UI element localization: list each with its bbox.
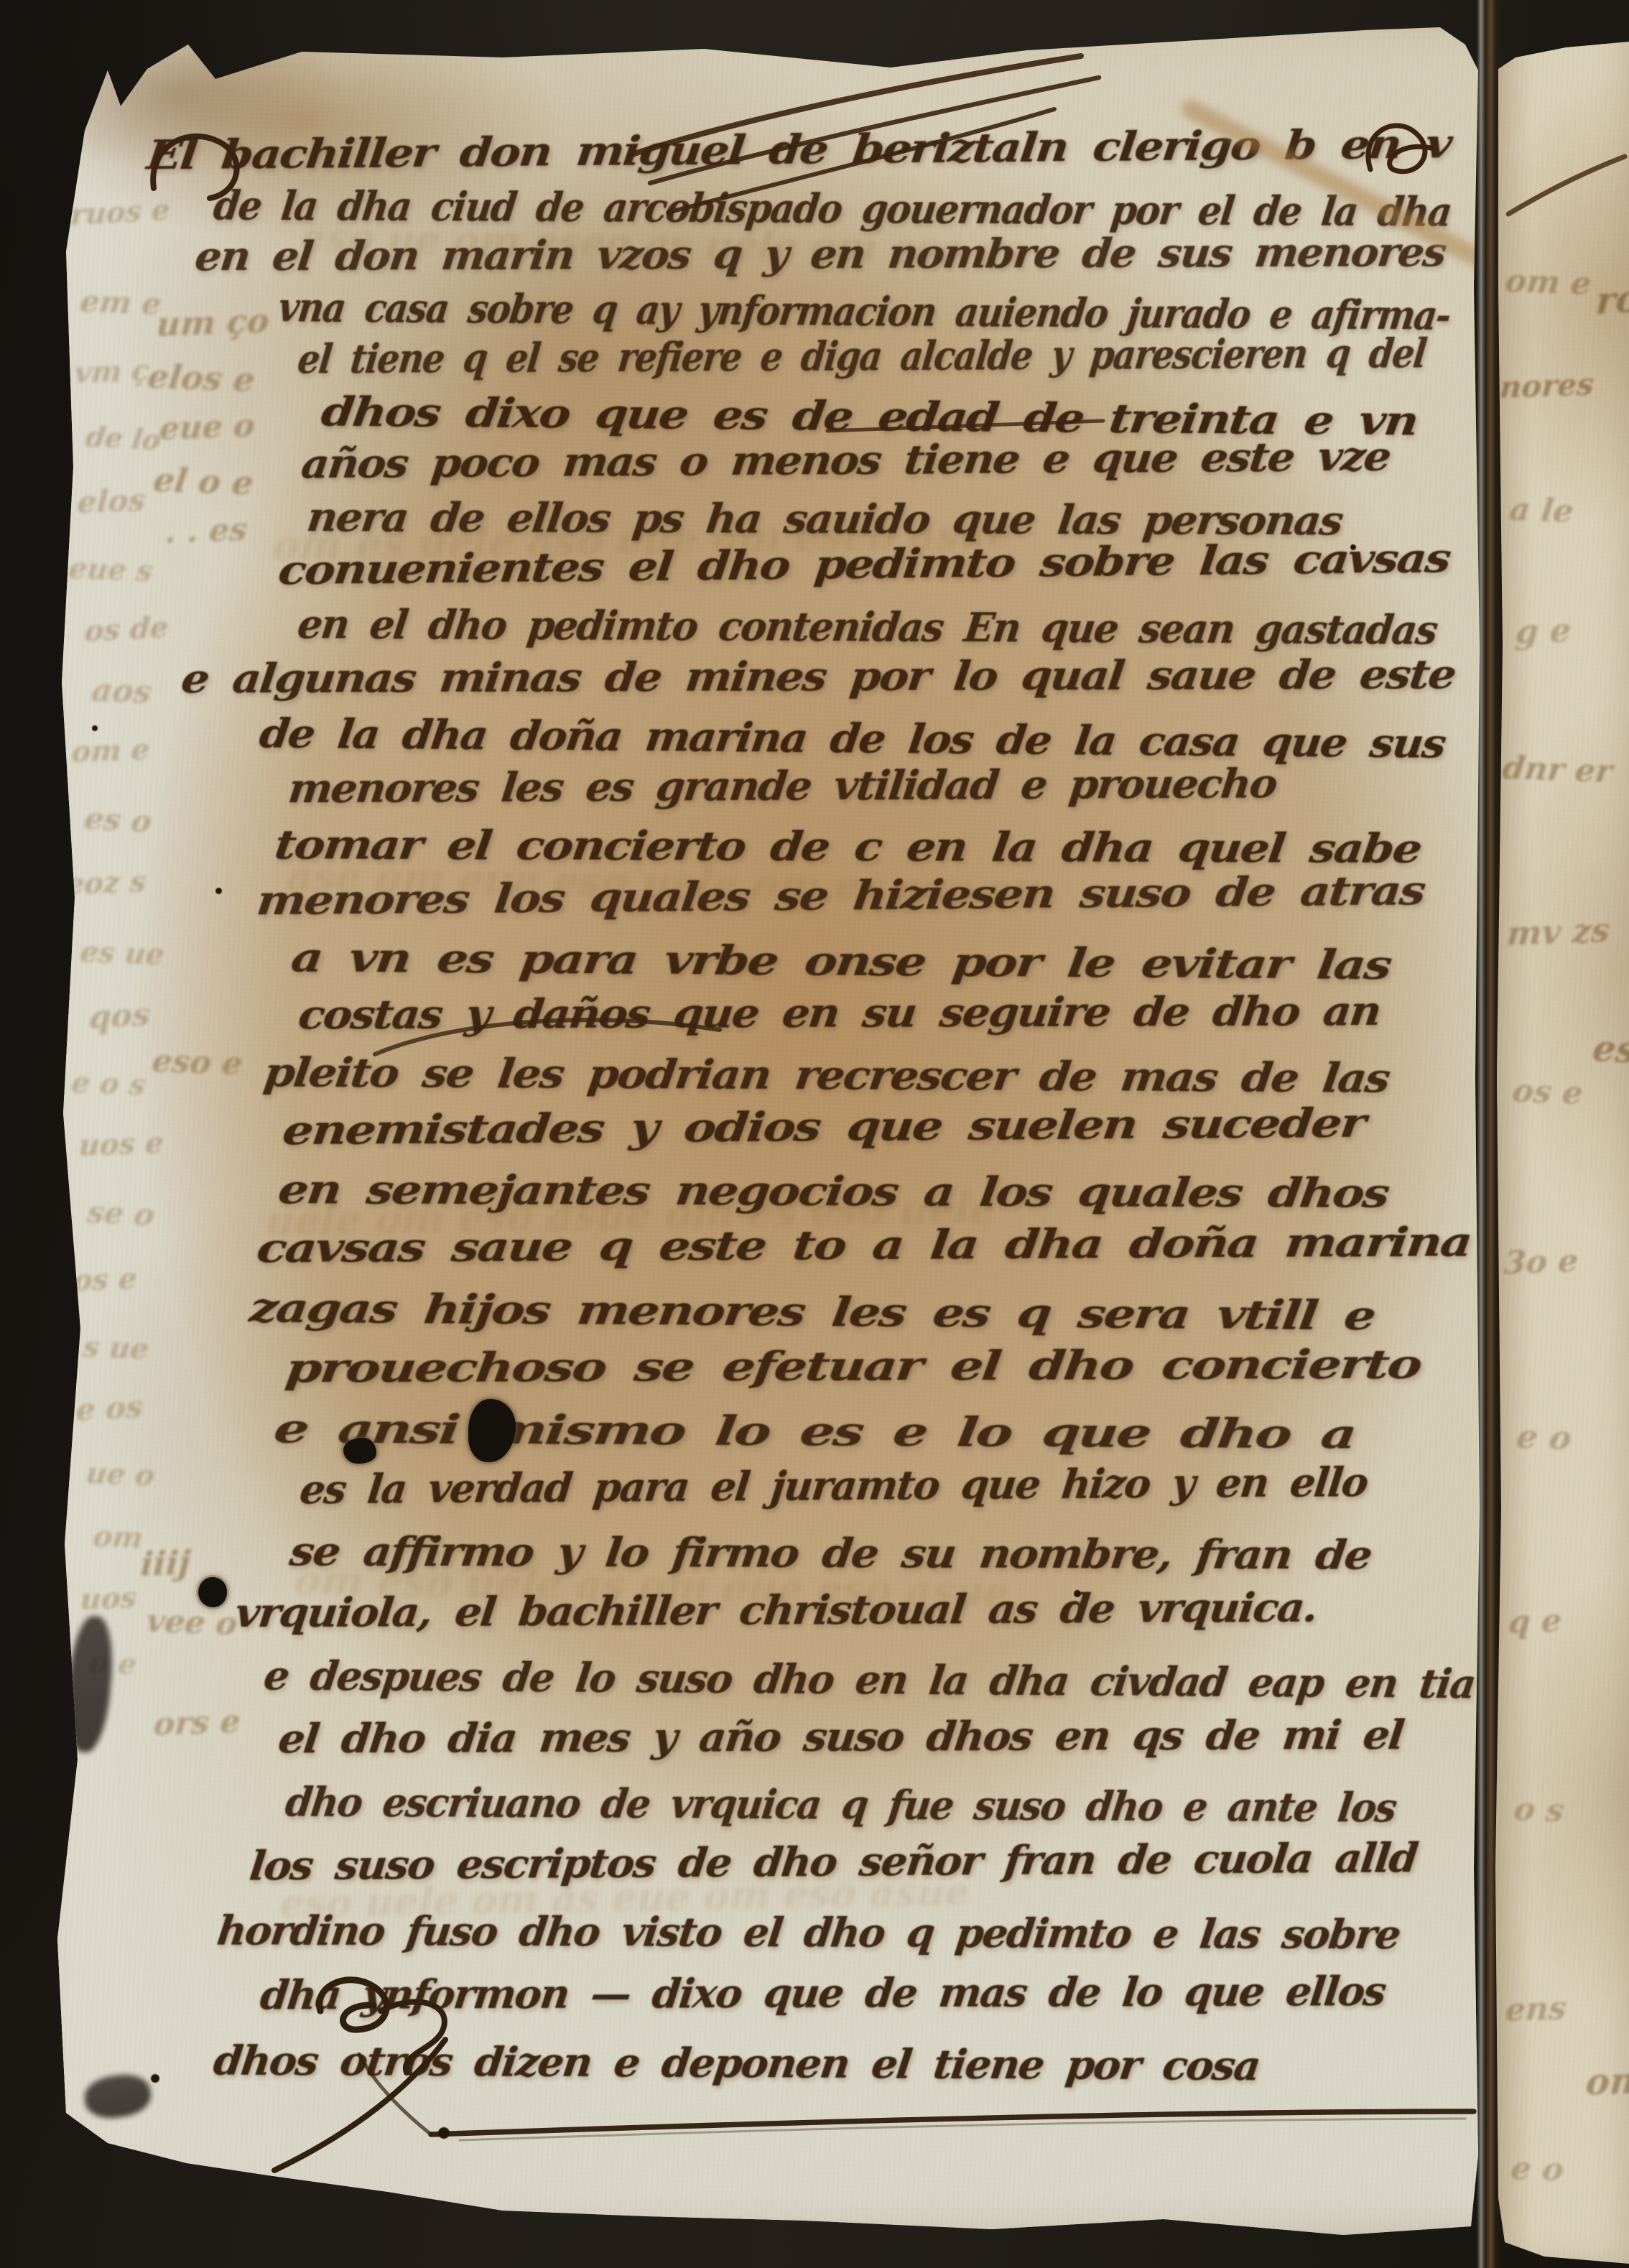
- right-folio-ghost-text: mv zs: [1505, 914, 1611, 950]
- right-folio-ghost-text: 3o e: [1503, 1245, 1579, 1280]
- bleedthrough-fragment: os e: [73, 1265, 138, 1296]
- bleedthrough-fragment: e os: [75, 1392, 144, 1426]
- right-folio-ghost-text: a le: [1508, 494, 1576, 528]
- bleedthrough-fragment: eoz s: [65, 868, 147, 899]
- manuscript-line: e ansi mismo lo es e lo que dho a: [271, 1408, 1357, 1454]
- bleedthrough-fragment: os de: [84, 613, 169, 646]
- bleedthrough-fragment: elos e: [146, 360, 257, 396]
- right-folio-ghost-text: ros: [1595, 279, 1629, 320]
- bleedthrough-fragment: aos: [90, 675, 154, 709]
- bleedthrough-fragment: uos: [80, 1584, 138, 1614]
- manuscript-line: prouechoso se efetuar el dho concierto: [284, 1344, 1423, 1388]
- manuscript-line: de la dha ciud de arcobispado gouernador…: [211, 185, 1453, 232]
- manuscript-line: en el dho pedimto contenidas En que sean…: [295, 604, 1439, 650]
- right-folio-edge: om enoresa leg ednr ermv zsos e3o ee oq …: [1490, 0, 1629, 2268]
- bleedthrough-fragment: iiij: [139, 1546, 191, 1581]
- bleedthrough-fragment: es o: [83, 804, 154, 837]
- manuscript-line: en semejantes negocios a los quales dhos: [276, 1169, 1391, 1213]
- manuscript-line: menores les es grande vtilidad e prouech…: [287, 763, 1278, 809]
- manuscript-line: dho escriuano de vrquica q fue suso dho …: [283, 1782, 1398, 1828]
- bleedthrough-fragment: se o: [85, 1197, 157, 1231]
- manuscript-line: el tiene q el se refiere e diga alcalde …: [296, 333, 1428, 379]
- bleedthrough-fragment: ue o: [84, 1459, 157, 1490]
- bleedthrough-fragment: eue s: [67, 554, 154, 586]
- right-folio-ghost-text: q e: [1507, 1605, 1562, 1639]
- manuscript-line: en el don marin vzos q y en nombre de su…: [193, 232, 1448, 276]
- bleedthrough-fragment: om e: [71, 735, 151, 767]
- bleedthrough-fragment: eue o: [158, 410, 256, 445]
- ink-speck: [438, 2127, 450, 2139]
- manuscript-line: el dho dia mes y año suso dhos en qs de …: [277, 1715, 1406, 1759]
- ink-speck: [1074, 1590, 1081, 1597]
- edge-soil-streak: [63, 1614, 116, 1754]
- manuscript-line: menores los quales se hiziesen suso de a…: [255, 870, 1426, 921]
- bleedthrough-fragment: elos: [77, 485, 147, 518]
- manuscript-line: a vn es para vrbe onse por le evitar las: [289, 937, 1393, 985]
- right-folio-ghost-text: e o: [1515, 1420, 1574, 1454]
- manuscript-line: los suso escriptos de dho señor fran de …: [248, 1838, 1419, 1886]
- ink-speck: [92, 725, 98, 731]
- manuscript-line: e despues de lo suso dho en la dha civda…: [261, 1655, 1477, 1704]
- bleedthrough-fragment: vm ç: [74, 356, 151, 388]
- bleedthrough-fragment: ors e: [152, 1706, 241, 1741]
- bleedthrough-fragment: em e: [78, 287, 163, 320]
- manuscript-line: vna casa sobre q ay ynformacion auiendo …: [276, 287, 1452, 335]
- manuscript-line: costas y daños que en su seguire de dho …: [297, 991, 1383, 1035]
- bleedthrough-fragment: vee o: [144, 1606, 239, 1640]
- bleedthrough-fragment: s ue: [81, 1333, 151, 1364]
- manuscript-line: e algunas minas de mines por lo qual sau…: [180, 654, 1457, 699]
- manuscript-line: conuenientes el dho pedimto sobre las ca…: [277, 538, 1452, 590]
- right-folio-ghost-text: nores: [1499, 369, 1595, 403]
- ink-speck: [151, 2074, 159, 2083]
- bleedthrough-fragment: e o s: [70, 1069, 147, 1100]
- manuscript-line: zagas hijos menores les es q sera vtill …: [247, 1288, 1377, 1336]
- left-folio-page: ruos eem evm çde loeloseue sos deaosom e…: [0, 0, 1629, 2268]
- manuscript-scan: ruos eem evm çde loeloseue sos deaosom e…: [0, 0, 1629, 2268]
- manuscript-line: enemistades y odios que suelen suceder: [281, 1102, 1367, 1151]
- bleedthrough-fragment: ruos e: [70, 196, 171, 230]
- ink-speck: [215, 888, 222, 894]
- bleedthrough-fragment: uos e: [78, 1129, 164, 1161]
- edge-soil-streak: [82, 2071, 153, 2121]
- bleedthrough-fragment: . . es: [164, 514, 248, 549]
- worm-hole: [343, 1438, 376, 1464]
- manuscript-line: El bachiller don miguel de beriztaln cle…: [145, 124, 1453, 175]
- right-folio-ghost-text: g e: [1514, 613, 1572, 649]
- manuscript-line: hordino fuso dho visto el dho q pedimto …: [215, 1910, 1401, 1955]
- manuscript-line: dhos otros dizen e deponen el tiene por …: [211, 2040, 1261, 2086]
- right-folio-ghost-text: dnr er: [1500, 753, 1615, 788]
- bleedthrough-fragment: es ue: [78, 938, 166, 970]
- bleedthrough-fragment: el o e: [152, 463, 256, 500]
- manuscript-line: se affirmo y lo firmo de su nombre, fran…: [287, 1531, 1373, 1575]
- manuscript-line: vrquiola, el bachiller christoual as de …: [233, 1587, 1319, 1633]
- right-folio-ghost-text: o s: [1512, 1794, 1567, 1827]
- manuscript-line: de la dha doña marina de los de la casa …: [257, 713, 1447, 763]
- manuscript-line: pleito se les podrian recrescer de mas d…: [261, 1052, 1391, 1098]
- manuscript-line: años poco mas o menos tiene e que este v…: [300, 436, 1393, 484]
- bleedthrough-fragment: qos: [88, 999, 151, 1034]
- manuscript-line: cavsas saue q este to a la dha doña mari…: [255, 1222, 1473, 1268]
- ink-speck: [1350, 544, 1356, 550]
- closing-rule: [431, 2111, 1474, 2140]
- paper-grain-texture: [1490, 0, 1629, 2268]
- right-folio-ghost-text: os e: [1510, 1076, 1585, 1110]
- bleedthrough-fragment: eso e: [150, 1046, 245, 1080]
- worm-hole: [198, 1577, 227, 1607]
- bleedthrough-fragment: om: [91, 1523, 145, 1553]
- right-folio-ghost-text: om e: [1503, 266, 1593, 300]
- right-folio-ghost-text: e o: [1509, 2153, 1566, 2186]
- manuscript-line: nera de ellos ps ha sauido que las perso…: [305, 497, 1344, 541]
- manuscript-line: dha ynformon — dixo que de mas de lo que…: [259, 1971, 1388, 2015]
- bleedthrough-fragment: um ço: [155, 304, 270, 341]
- right-folio-diagonal-stroke: [1508, 157, 1625, 214]
- manuscript-line: es la verdad para el juramto que hizo y …: [298, 1462, 1370, 1510]
- right-folio-ghost-text: ens: [1504, 1993, 1567, 2027]
- right-folio-ghost-text: om: [1584, 2063, 1629, 2101]
- right-folio-ghost-text: ese: [1590, 1031, 1629, 1069]
- manuscript-line: tomar el concierto de c en la dha quel s…: [272, 824, 1423, 869]
- bleedthrough-fragment: de lo: [84, 423, 163, 454]
